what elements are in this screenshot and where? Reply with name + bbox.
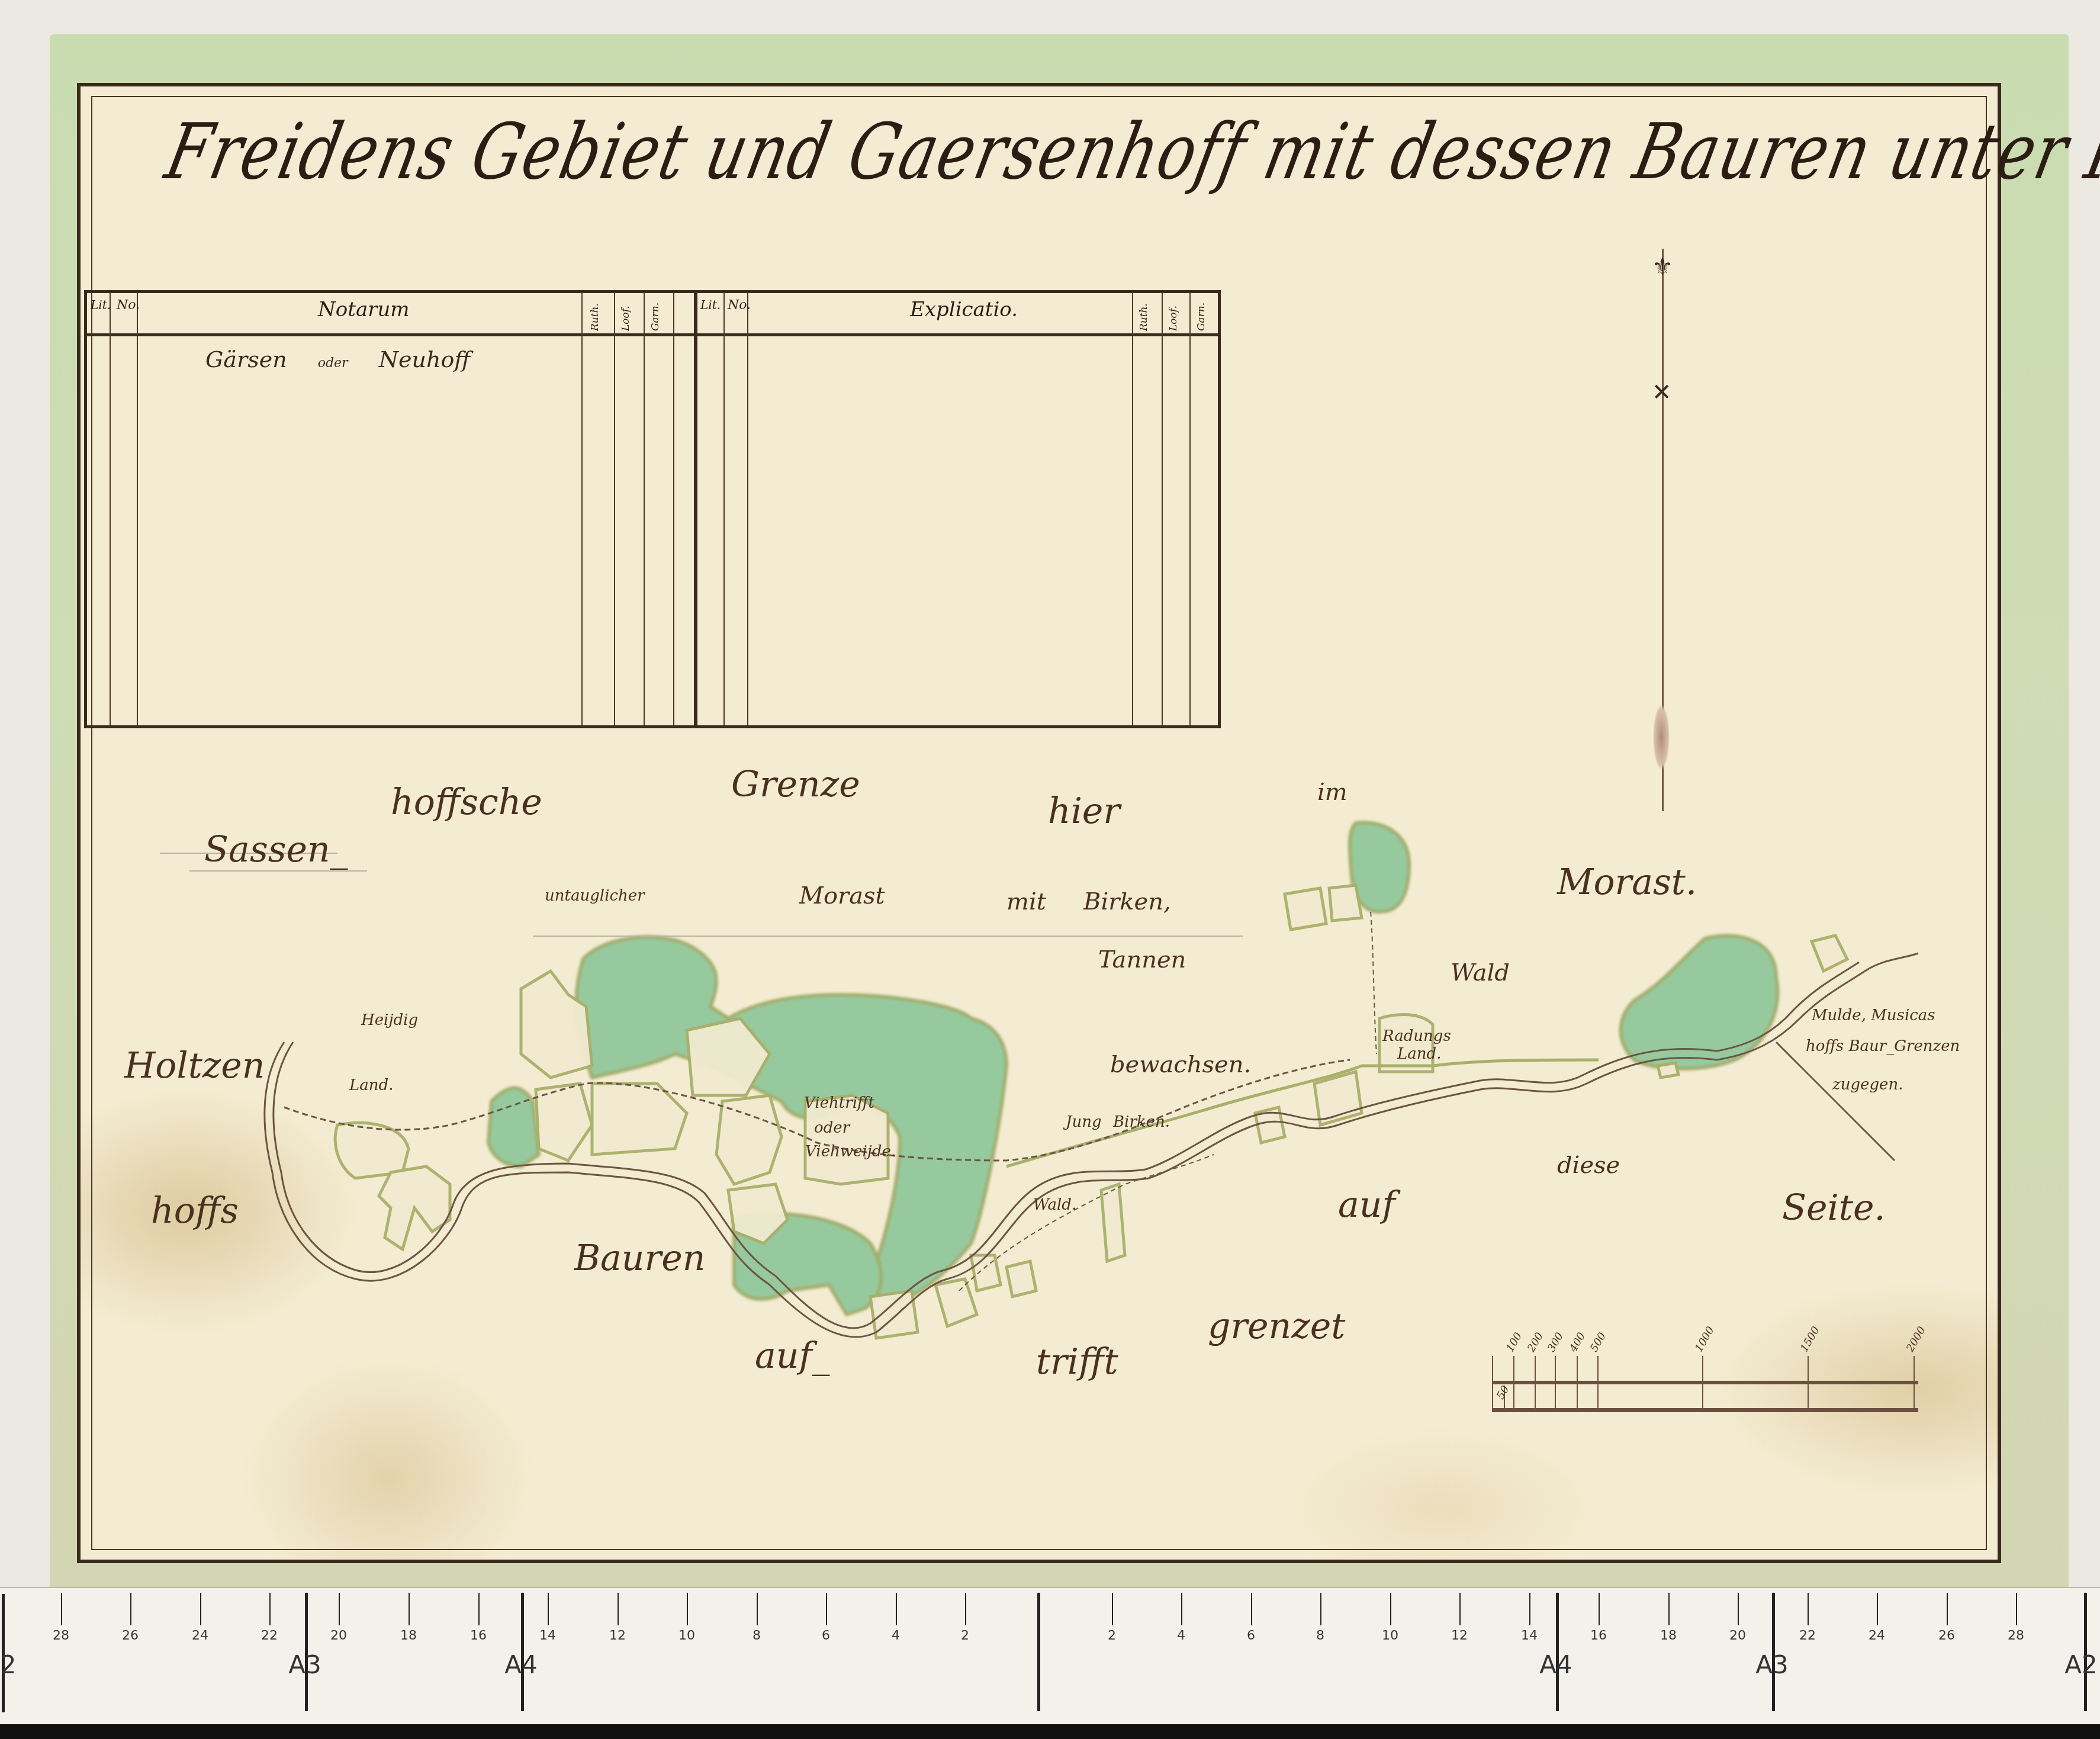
ruler-number: 22 <box>1799 1628 1816 1643</box>
ruler-number: 10 <box>678 1628 695 1643</box>
ruler-format-label: A4 <box>504 1650 537 1679</box>
compass-needle-south-tip <box>1653 705 1670 770</box>
scale-tick <box>1513 1356 1514 1412</box>
label-hoffsche: hoffsche <box>391 782 542 823</box>
label-jung: Jung <box>1066 1113 1102 1131</box>
parcel <box>379 1166 450 1249</box>
ruler-number: 28 <box>2008 1628 2024 1643</box>
scale-tick <box>1808 1356 1809 1412</box>
label-diese: diese <box>1557 1152 1620 1179</box>
ruler-tick <box>896 1593 897 1625</box>
ruler-number: 20 <box>330 1628 347 1643</box>
compass-cross-icon: ✕ <box>1652 379 1672 406</box>
ruler-number: 12 <box>1451 1628 1468 1643</box>
label-mulde-line3: zugegen. <box>1832 1076 1903 1094</box>
label-mit: mit <box>1006 888 1046 915</box>
label-grenzet: grenzet <box>1208 1306 1345 1347</box>
ruler-tick <box>130 1593 131 1625</box>
scale-tick <box>1535 1356 1536 1412</box>
ruler-number: 26 <box>122 1628 139 1643</box>
label-holtzen: Holtzen <box>124 1045 265 1087</box>
ruler-tick <box>1808 1593 1809 1625</box>
ruler-number: 18 <box>1660 1628 1677 1643</box>
label-heijdig: Heijdig <box>361 1011 418 1029</box>
scale-label: 50 <box>1494 1384 1512 1402</box>
ruler-tick <box>1529 1593 1530 1625</box>
scale-tick <box>1492 1356 1493 1412</box>
label-bauren: Bauren <box>574 1237 705 1279</box>
ruler-tick <box>1251 1593 1252 1625</box>
ruler-tick <box>1599 1593 1600 1625</box>
label-mulde-line1: Mulde, Musicas <box>1812 1007 1935 1024</box>
scale-tick <box>1597 1356 1599 1412</box>
label-seite: Seite. <box>1782 1187 1886 1229</box>
label-mulde-line2: hoffs Baur_Grenzen <box>1806 1037 1960 1055</box>
ruler-tick <box>1390 1593 1391 1625</box>
ruler-format-label: 2 <box>1 1650 17 1679</box>
ruler-tick <box>687 1593 688 1625</box>
ruler-number: 24 <box>192 1628 208 1643</box>
label-morast-center: Morast <box>799 882 885 909</box>
parcel <box>716 1095 782 1184</box>
ruler-tick <box>61 1593 62 1625</box>
ruler-tick <box>1738 1593 1739 1625</box>
scale-tick <box>1914 1356 1915 1412</box>
ruler-number: 4 <box>1177 1628 1185 1643</box>
ruler-tick <box>200 1593 201 1625</box>
lettering-guide <box>533 936 1243 937</box>
ruler-number: 6 <box>1247 1628 1255 1643</box>
ruler-tick <box>618 1593 619 1625</box>
ruler-number: 2 <box>1108 1628 1116 1643</box>
label-auf-east: auf <box>1338 1184 1395 1226</box>
ruler-tick <box>1037 1593 1040 1711</box>
wash-area-west-small <box>488 1088 539 1167</box>
label-sassen: Sassen_ <box>204 829 348 870</box>
ruler-number: 16 <box>1590 1628 1607 1643</box>
label-land-west: Land. <box>349 1076 393 1094</box>
ruler-number: 12 <box>609 1628 626 1643</box>
ruler-tick <box>1668 1593 1670 1625</box>
label-bewachsen: bewachsen. <box>1110 1051 1251 1078</box>
ruler-tick <box>1112 1593 1113 1625</box>
scale-tick <box>1577 1356 1578 1412</box>
label-hoffs-west: hoffs <box>151 1190 239 1232</box>
parcel <box>1101 1184 1125 1261</box>
ruler-tick <box>757 1593 758 1625</box>
label-grenze: Grenze <box>731 764 860 805</box>
label-oder: oder <box>814 1119 850 1137</box>
ruler-number: 4 <box>892 1628 900 1643</box>
label-untauglicher: untauglicher <box>545 887 645 905</box>
parcel <box>592 1084 687 1155</box>
ruler-number: 14 <box>1521 1628 1538 1643</box>
ruler-format-label: A3 <box>288 1650 321 1679</box>
ruler-tick <box>548 1593 549 1625</box>
ruler-number: 2 <box>961 1628 969 1643</box>
ruler-tick <box>1459 1593 1461 1625</box>
label-birken-north: Birken, <box>1083 888 1171 915</box>
label-wald-south: Wald. <box>1033 1196 1076 1214</box>
label-tannen: Tannen <box>1098 946 1186 973</box>
label-trifft: trifft <box>1036 1341 1118 1383</box>
ruler-number: 22 <box>261 1628 278 1643</box>
scale-tick <box>1555 1356 1556 1412</box>
fleur-de-lis-icon: ⚜ <box>1652 253 1673 281</box>
scanner-edge <box>0 1724 2100 1739</box>
ruler-number: 18 <box>400 1628 417 1643</box>
ruler-number: 6 <box>822 1628 830 1643</box>
ruler-tick <box>1947 1593 1948 1625</box>
parcel <box>1812 936 1847 971</box>
ruler-format-label: A3 <box>1755 1650 1788 1679</box>
parcel <box>1285 888 1326 930</box>
label-viehtrifft: Viehtrifft <box>804 1094 874 1112</box>
label-hier: hier <box>1048 790 1120 832</box>
parcel <box>1658 1063 1678 1078</box>
ruler-tick <box>478 1593 480 1625</box>
label-wald-east: Wald <box>1451 959 1510 986</box>
ruler-number: 8 <box>752 1628 761 1643</box>
ruler-tick <box>1877 1593 1878 1625</box>
ruler-tick <box>1181 1593 1182 1625</box>
scale-tick <box>1702 1356 1703 1412</box>
ruler-number: 24 <box>1869 1628 1885 1643</box>
parcel <box>1329 885 1362 921</box>
ruler-tick <box>826 1593 827 1625</box>
ruler-number: 28 <box>53 1628 69 1643</box>
label-viehweijde: Viehweijde. <box>805 1143 896 1161</box>
scale-bar-rule <box>1492 1381 1918 1384</box>
parcel <box>935 1279 977 1326</box>
dashed-road-north <box>1371 912 1377 1054</box>
ruler-tick <box>2016 1593 2017 1625</box>
parcel <box>1006 1261 1036 1297</box>
label-radungs-land: Land. <box>1397 1045 1441 1063</box>
ruler-number: 10 <box>1382 1628 1398 1643</box>
ruler-tick <box>339 1593 340 1625</box>
scale-bar-rule <box>1492 1408 1918 1412</box>
label-radungs: Radungs <box>1382 1027 1451 1045</box>
ruler-tick <box>409 1593 410 1625</box>
stream-east <box>1776 1042 1895 1161</box>
ruler-format-label: A2 <box>2064 1650 2097 1679</box>
parcel <box>971 1255 1001 1291</box>
ruler-tick <box>965 1593 966 1625</box>
lettering-guide <box>189 870 367 872</box>
ruler-number: 16 <box>470 1628 487 1643</box>
ruler-number: 8 <box>1316 1628 1324 1643</box>
ruler-format-label: A4 <box>1539 1650 1572 1679</box>
ruler-number: 26 <box>1938 1628 1955 1643</box>
measurement-ruler: 28 26 24 22 20 18 16 14 12 10 8 6 4 2 2 … <box>0 1587 2100 1726</box>
label-morast-east: Morast. <box>1557 862 1697 903</box>
scale-bar: 50 100 200 300 400 500 1000 1500 2000 <box>1492 1338 1918 1415</box>
label-auf-south: auf_ <box>755 1335 830 1377</box>
ruler-tick <box>269 1593 271 1625</box>
ruler-number: 14 <box>539 1628 556 1643</box>
label-im: im <box>1317 779 1348 806</box>
ruler-number: 20 <box>1729 1628 1746 1643</box>
label-birken-south: Birken. <box>1113 1113 1170 1131</box>
ruler-tick <box>1320 1593 1321 1625</box>
